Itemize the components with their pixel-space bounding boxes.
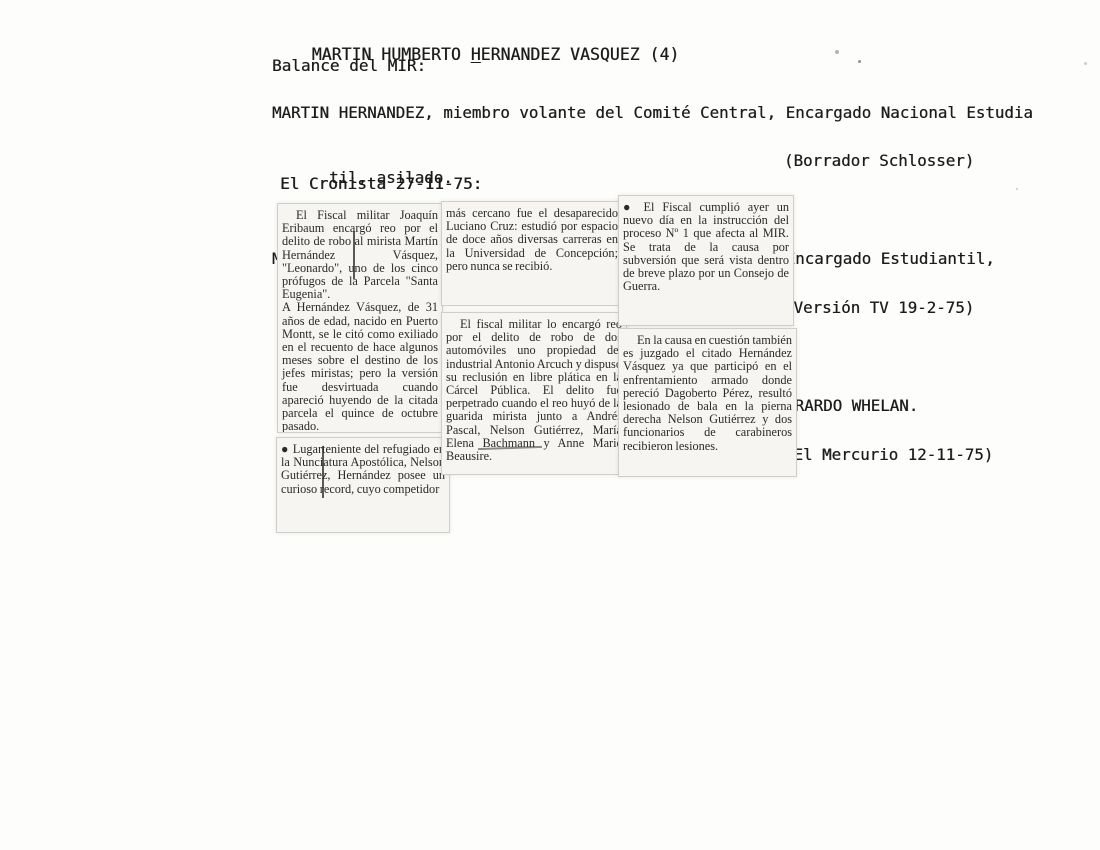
clipping-col2-top: más cercano fue el desaparecido Luciano … bbox=[441, 201, 623, 306]
paper-speck bbox=[858, 60, 861, 63]
page-title-underlined-letter: H bbox=[471, 45, 481, 64]
clipping-col3-top: ● El Fiscal cumplió ayer un nuevo día en… bbox=[618, 195, 794, 326]
clipping-paragraph: ● Lugarteniente del refugiado en la Nunc… bbox=[281, 443, 445, 496]
entry-line: MARTIN HERNANDEZ, miembro volante del Co… bbox=[272, 105, 1100, 121]
clipping-paragraph: ● El Fiscal cumplió ayer un nuevo día en… bbox=[623, 201, 789, 293]
source-ref: (Versión TV 19-2-75) bbox=[784, 300, 974, 316]
scanned-document-page: MARTIN HUMBERTO HERNANDEZ VASQUEZ (4) Ba… bbox=[0, 0, 1100, 850]
source-ref: (Borrador Schlosser) bbox=[784, 153, 974, 169]
page-title-post: ERNANDEZ VASQUEZ (4) bbox=[481, 45, 680, 64]
clipping-col3-bottom: En la causa en cuestión también es juzga… bbox=[618, 328, 797, 477]
paper-speck bbox=[835, 50, 839, 54]
clipping-col1-top: El Fiscal militar Joaquín Eribaum encarg… bbox=[277, 203, 443, 433]
source-ref: (El Mercurio 12-11-75) bbox=[784, 447, 993, 463]
clipping-paragraph: En la causa en cuestión también es juzga… bbox=[623, 334, 792, 453]
clipping-col2-bottom: El fiscal militar lo encargó reo por el … bbox=[441, 312, 627, 475]
clipping-paragraph: El fiscal militar lo encargó reo por el … bbox=[446, 318, 622, 463]
clipping-col1-bottom: ● Lugarteniente del refugiado en la Nunc… bbox=[276, 437, 450, 533]
ink-artifact-line bbox=[322, 446, 324, 498]
clipping-paragraph: A Hernández Vásquez, de 31 años de edad,… bbox=[282, 301, 438, 433]
paper-speck bbox=[1016, 188, 1018, 190]
cronista-heading: El Cronista 27-11-75: bbox=[280, 174, 482, 193]
paper-speck bbox=[1084, 62, 1087, 65]
clipping-paragraph: más cercano fue el desaparecido Luciano … bbox=[446, 207, 618, 273]
ink-artifact-line bbox=[353, 231, 355, 279]
clipping-paragraph: El Fiscal militar Joaquín Eribaum encarg… bbox=[282, 209, 438, 301]
